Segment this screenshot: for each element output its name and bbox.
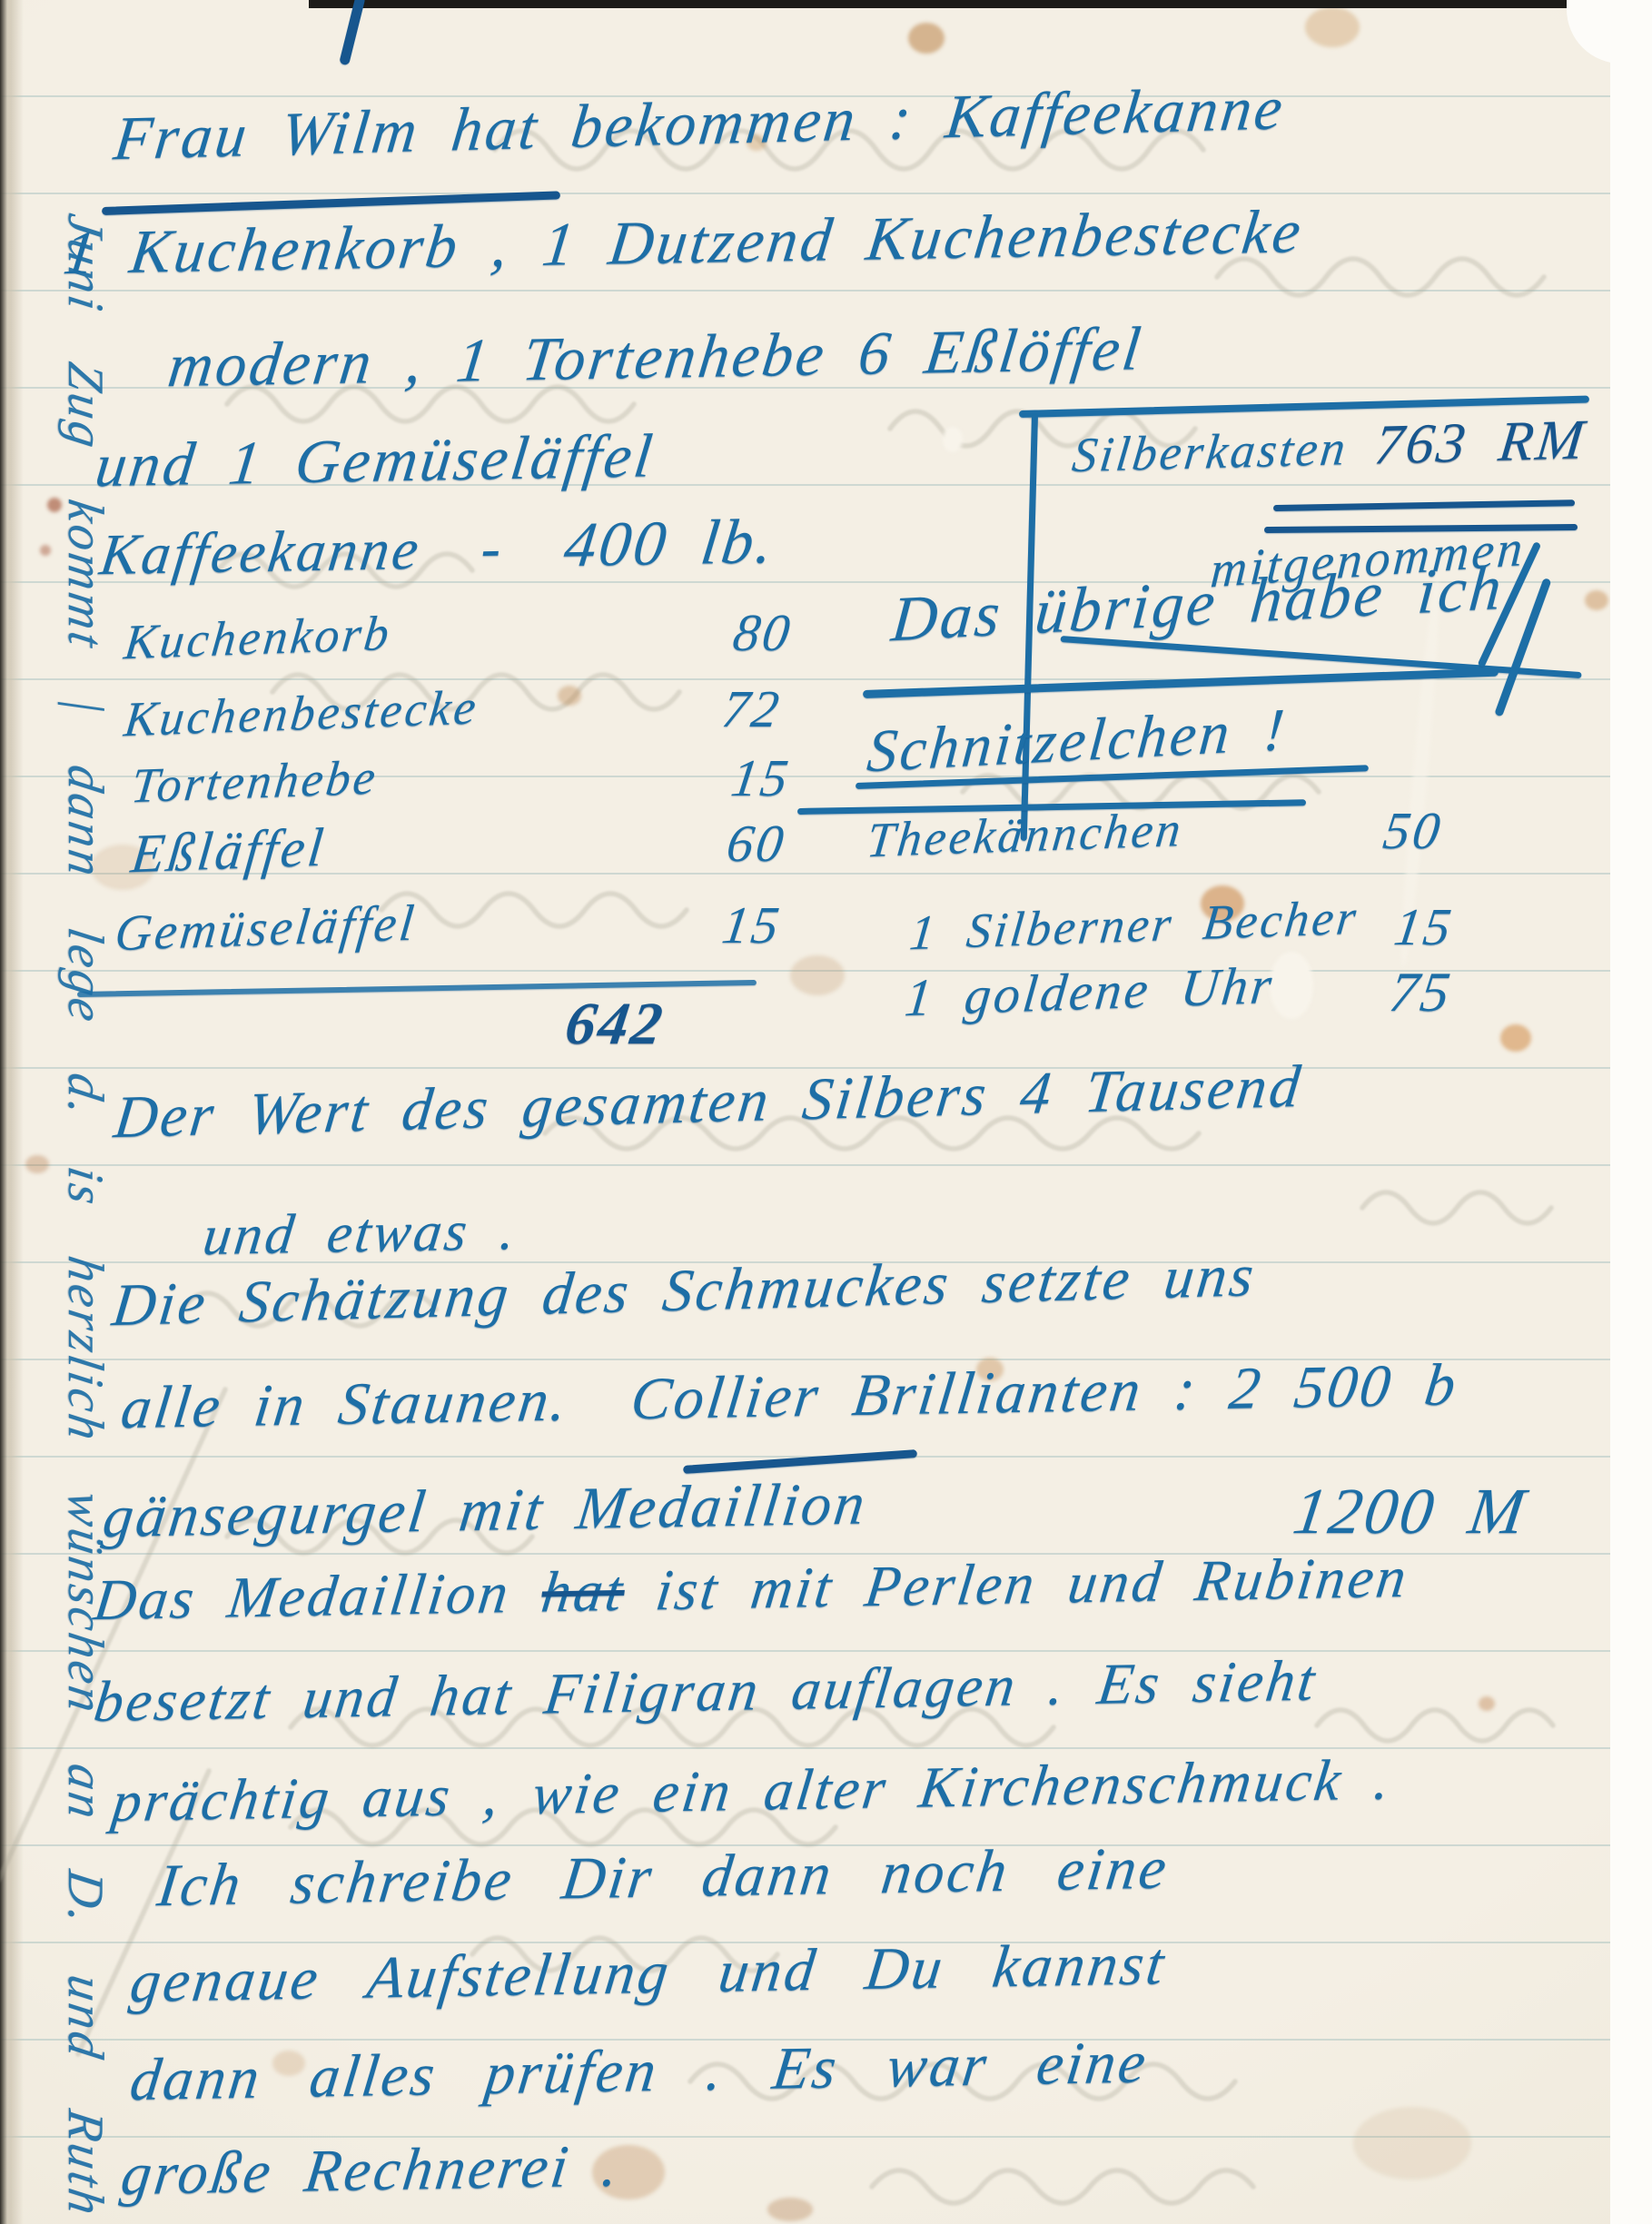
paper-defect xyxy=(943,427,963,452)
medallion-struck-word: hat xyxy=(539,1558,629,1625)
paragraph-necklace: gänsegurgel mit Medaillion xyxy=(100,1474,871,1547)
silver-item-value: 15 xyxy=(719,899,785,952)
valuable-item-label: Theekännchen xyxy=(865,805,1185,865)
paragraph-silver-value-2: und etwas . xyxy=(200,1202,520,1264)
kaffeekanne-dash: - xyxy=(478,515,508,580)
silver-item-label: Kuchenkorb xyxy=(122,608,393,667)
stain xyxy=(1585,590,1608,610)
kaffeekanne-label: Kaffeekanne xyxy=(96,517,425,587)
handwritten-letter-page: Frau Wilm hat bekommen : Kaffeekanne 1 K… xyxy=(0,0,1652,2224)
silver-chest-label: Silberkasten xyxy=(1070,420,1351,482)
recipient-name: Frau Wilm xyxy=(111,95,423,173)
silver-item-label: Tortenhebe xyxy=(129,753,381,811)
jewelry-2-post: Brillianten : 2 500 b xyxy=(849,1351,1462,1428)
scan-edge-right xyxy=(1610,0,1652,2224)
silver-item-value: 15 xyxy=(728,752,794,805)
stain xyxy=(558,686,581,706)
medallion-post: ist mit Perlen und Rubinen xyxy=(652,1545,1412,1623)
silver-item-value: 80 xyxy=(730,607,796,659)
valuable-item-value: 50 xyxy=(1380,805,1446,857)
silver-item-value: 60 xyxy=(724,817,789,870)
letter-line-3: modern , 1 Tortenhebe 6 Eßlöffel xyxy=(165,317,1147,396)
paragraph-closing-4: große Rechnerei . xyxy=(118,2136,624,2205)
silver-item-value: 72 xyxy=(719,683,785,736)
margin-note: Juni Zug kommt | dann lege d. is herzlic… xyxy=(60,211,111,2180)
scan-edge-top xyxy=(309,0,1652,8)
stain xyxy=(1500,1024,1531,1052)
stain xyxy=(1353,2107,1471,2180)
necklace-value: 1200 M xyxy=(1290,1478,1531,1544)
silver-total: 642 xyxy=(562,994,668,1054)
stain xyxy=(767,2198,813,2221)
letter-line-4: und 1 Gemüseläffel xyxy=(93,424,658,496)
stain xyxy=(1479,1696,1495,1711)
valuable-item-value: 75 xyxy=(1386,964,1456,1021)
silver-item-label: Gemüseläffel xyxy=(113,897,419,959)
silver-chest-value: 763 RM xyxy=(1371,409,1589,476)
silver-item-label: Eßläffel xyxy=(129,820,329,882)
stain xyxy=(1305,7,1360,47)
medallion-pre: Das Medaillion xyxy=(91,1560,515,1632)
valuable-item-value: 15 xyxy=(1391,901,1457,954)
silver-item-label: Kuchenbestecke xyxy=(122,682,480,744)
kaffeekanne-value: 400 lb. xyxy=(560,507,779,580)
stain xyxy=(908,23,945,54)
stain xyxy=(790,955,845,995)
stain xyxy=(40,545,51,556)
jewelry-2-pre: alle in Staunen. xyxy=(118,1367,573,1441)
valuable-item-label: 1 goldene Uhr xyxy=(903,959,1277,1024)
kaffeekanne-line: Kaffeekanne - 400 lb. xyxy=(96,510,778,586)
stain xyxy=(25,1155,49,1173)
collier-word: Collier xyxy=(628,1363,825,1433)
